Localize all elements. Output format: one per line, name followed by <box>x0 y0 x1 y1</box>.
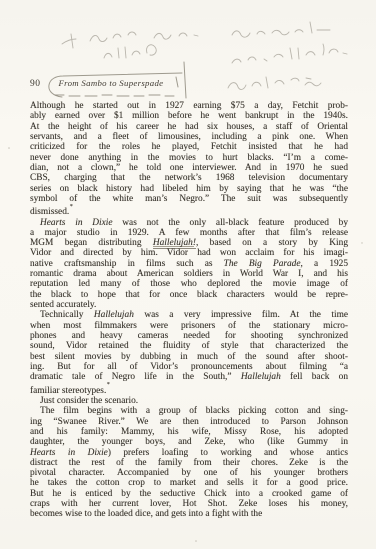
page-body: Although he started out in 1927 earning … <box>30 101 348 520</box>
text-line: series on black history had libeled him … <box>30 184 348 194</box>
scan-page: 90 From Sambo to Superspade Although he … <box>0 0 376 549</box>
handwriting-line-3-icon <box>228 77 321 89</box>
text-run: Although he started out in 1927 earning … <box>30 101 348 111</box>
text-run: criticized for the roles he played, Fetc… <box>30 142 348 152</box>
text-line: sound, Vidor retained the fluidity of st… <box>30 341 348 351</box>
text-run: reputation led many of those who deplore… <box>30 279 348 289</box>
text-run: series on black history had libeled him … <box>30 184 348 194</box>
text-run: he takes the cotton crop to market and s… <box>30 478 348 488</box>
text-run: when most filmmakers were prisoners of t… <box>30 321 348 331</box>
text-run: servants, and a fleet of limousines, inc… <box>30 132 348 142</box>
text-line: At the height of his career he had six h… <box>30 122 348 132</box>
text-line: the black to hope that for once black ch… <box>30 290 348 300</box>
text-run: the black to hope that for once black ch… <box>30 290 348 300</box>
text-line: Technically Hallelujah was a very impres… <box>30 310 348 320</box>
text-line: native craftsmanship in films such as Th… <box>30 259 348 269</box>
text-line: symbol of the white man’s Negro.” The su… <box>30 194 348 204</box>
running-title: From Sambo to Superspade <box>59 78 164 88</box>
text-line: Hearts in Dixie was not the only all-bla… <box>30 218 348 228</box>
text-line: pivotal character. Accompanied by one of… <box>30 468 348 478</box>
text-line: Although he started out in 1927 earning … <box>30 101 348 111</box>
handwriting-line-2-icon <box>104 44 347 63</box>
text-run: phones and heavy cameras needed for shoo… <box>30 331 348 341</box>
text-line: Vidor and directed by him. Vidor had won… <box>30 248 348 258</box>
text-run: daughter, the younger boys, and Zeke, wh… <box>30 437 348 447</box>
text-run: ably earned over $1 million before he we… <box>30 111 348 121</box>
emphasis-text: Hearts in Dixie <box>40 218 113 228</box>
footnote-marker: * <box>107 381 110 388</box>
text-run: CBS, charging that the network’s 1968 te… <box>30 173 348 183</box>
text-run: , a 1925 <box>301 259 349 269</box>
text-run: fell back on <box>281 372 348 382</box>
text-run: romantic drama about American soldiers i… <box>30 269 348 279</box>
text-line: distract the rest of the family from the… <box>30 458 348 468</box>
text-line: ing. But for all of Vidor’s pronouncemen… <box>30 362 348 372</box>
page-header: 90 From Sambo to Superspade <box>30 78 163 96</box>
text-line: criticized for the roles he played, Fetc… <box>30 142 348 152</box>
handwriting-line-1-icon <box>62 22 330 48</box>
text-line: a major studio in 1929. A few months aft… <box>30 228 348 238</box>
text-run: a major studio in 1929. A few months aft… <box>30 228 348 238</box>
text-run: MGM began distributing <box>30 238 153 248</box>
text-line: Hearts in Dixie) prefers loafing to work… <box>30 448 348 458</box>
text-line: when most filmmakers were prisoners of t… <box>30 321 348 331</box>
text-line: ably earned over $1 million before he we… <box>30 111 348 121</box>
text-run: sented accurately. <box>30 300 96 310</box>
text-run: ) prefers loafing to working and whose a… <box>108 448 348 458</box>
text-line: MGM began distributing Hallelujah!, base… <box>30 238 348 248</box>
text-line: and his family: Mammy, his wife, Missy R… <box>30 427 348 437</box>
text-line: best silent movies by dubbing in much of… <box>30 352 348 362</box>
text-run: native craftsmanship in films such as <box>30 259 224 269</box>
emphasis-text: Hallelujah <box>94 310 134 320</box>
text-run: dismissed. <box>30 207 69 217</box>
text-line: romantic drama about American soldiers i… <box>30 269 348 279</box>
text-line: dismissed.* <box>30 204 348 217</box>
text-run: The film begins with a group of blacks p… <box>40 406 348 416</box>
text-line: servants, and a fleet of limousines, inc… <box>30 132 348 142</box>
text-run: sound, Vidor retained the fluidity of st… <box>30 341 348 351</box>
text-run: dian, not a clown,” he told one intervie… <box>30 163 348 173</box>
text-line: sented accurately. <box>30 300 348 310</box>
text-run: Vidor and directed by him. Vidor had won… <box>30 248 348 258</box>
text-line: never done anything in the movies to hur… <box>30 153 348 163</box>
text-line: daughter, the younger boys, and Zeke, wh… <box>30 437 348 447</box>
text-line: ing “Swanee River.” We are then introduc… <box>30 417 348 427</box>
text-run: But he is enticed by the seductive Chick… <box>30 489 348 499</box>
text-run: pivotal character. Accompanied by one of… <box>30 468 348 478</box>
text-line: CBS, charging that the network’s 1968 te… <box>30 173 348 183</box>
text-line: But he is enticed by the seductive Chick… <box>30 489 348 499</box>
text-run: was not the only all-black feature produ… <box>113 218 349 228</box>
text-line: Just consider the scenario. <box>30 396 348 406</box>
text-line: becomes wise to the loaded dice, and get… <box>30 509 348 519</box>
text-run: ing. But for all of Vidor’s pronouncemen… <box>30 362 348 372</box>
text-line: he takes the cotton crop to market and s… <box>30 478 348 488</box>
text-run: symbol of the white man’s Negro.” The su… <box>30 194 348 204</box>
text-run: becomes wise to the loaded dice, and get… <box>30 509 262 519</box>
text-line: dian, not a clown,” he told one intervie… <box>30 163 348 173</box>
text-line: dramatic tale of Negro life in the South… <box>30 372 348 382</box>
text-run: best silent movies by dubbing in much of… <box>30 352 348 362</box>
text-run: Technically <box>40 310 94 320</box>
text-run: dramatic tale of Negro life in the South… <box>30 372 241 382</box>
text-run: Just consider the scenario. <box>40 396 138 406</box>
text-line: The film begins with a group of blacks p… <box>30 406 348 416</box>
text-run: ing “Swanee River.” We are then introduc… <box>30 417 348 427</box>
emphasis-text: Hallelujah <box>241 372 281 382</box>
text-run: familiar stereotypes. <box>30 386 106 396</box>
page-number: 90 <box>30 79 41 89</box>
text-run: craps with her current lover, Hot Shot. … <box>30 499 348 509</box>
text-run: was a very impressive film. At the time <box>134 310 348 320</box>
text-run: At the height of his career he had six h… <box>30 122 348 132</box>
footnote-marker: * <box>70 203 73 210</box>
text-line: reputation led many of those who deplore… <box>30 279 348 289</box>
text-line: phones and heavy cameras needed for shoo… <box>30 331 348 341</box>
text-run: and his family: Mammy, his wife, Missy R… <box>30 427 348 437</box>
text-run: never done anything in the movies to hur… <box>30 153 348 163</box>
text-line: craps with her current lover, Hot Shot. … <box>30 499 348 509</box>
text-run: distract the rest of the family from the… <box>30 458 348 468</box>
emphasis-text: Hearts in Dixie <box>30 448 108 458</box>
emphasis-text: The Big Parade <box>224 259 301 269</box>
text-line: familiar stereotypes.* <box>30 383 348 396</box>
text-run: , based on a story by King <box>196 238 348 248</box>
